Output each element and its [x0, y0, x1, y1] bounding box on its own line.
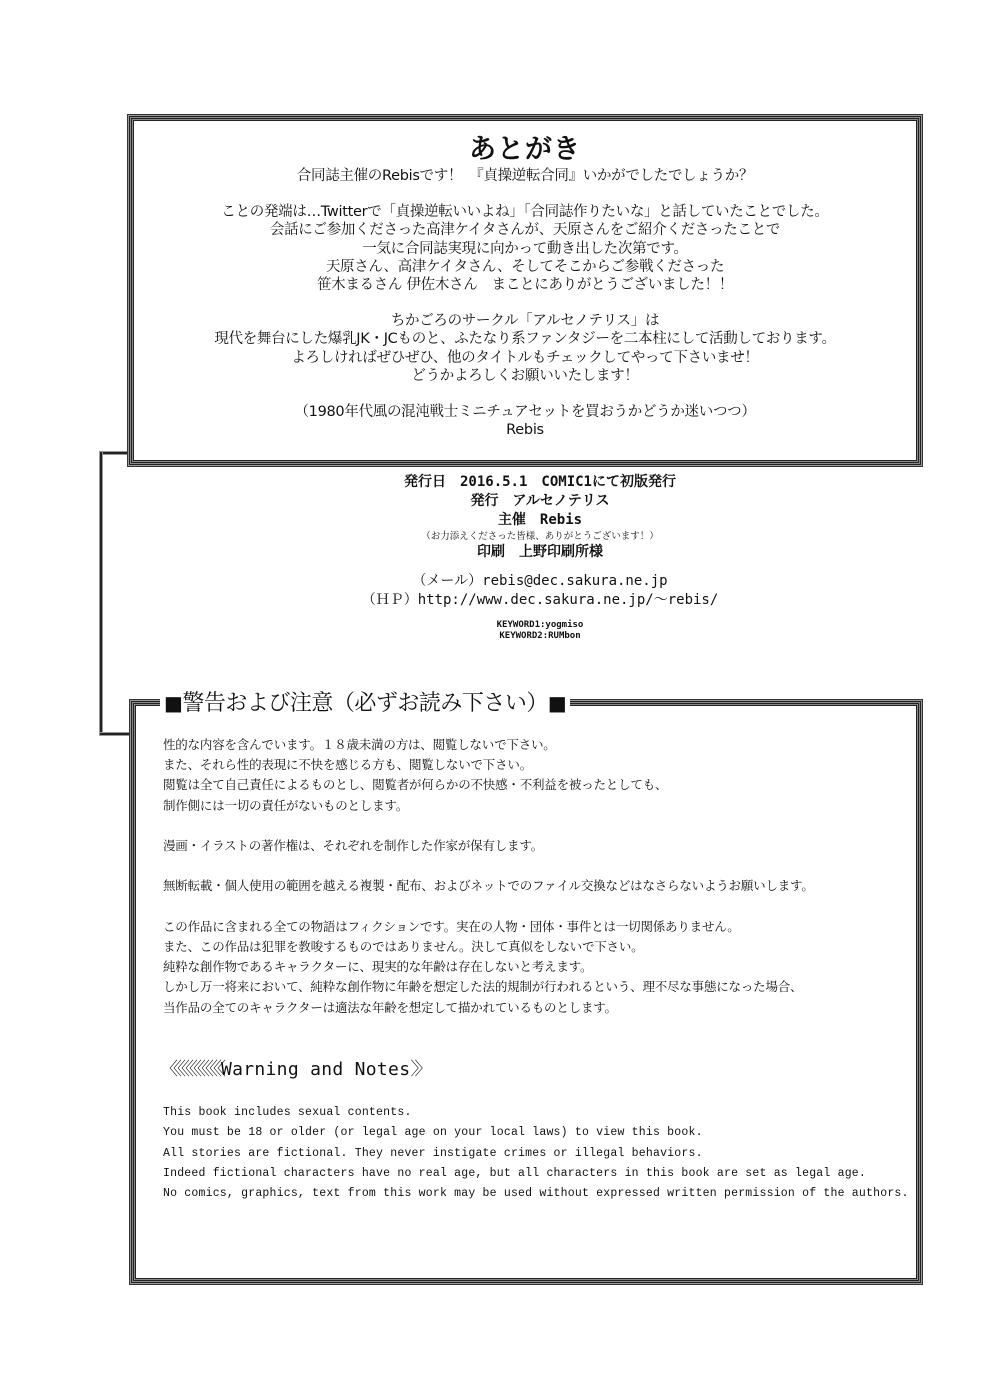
warning-line: 漫画・イラストの著作権は、それぞれを制作した作家が保有します。	[163, 836, 903, 856]
afterword-title: あとがき	[132, 127, 918, 166]
afterword-line: 一気に合同誌実現に向かって動き出した次第です。	[132, 240, 918, 258]
homepage-url: （ＨＰ）http://www.dec.sakura.ne.jp/～rebis/	[330, 591, 750, 610]
organizer: 主催 Rebis	[330, 511, 750, 530]
english-notes: This book includes sexual contents. You …	[163, 1103, 909, 1204]
warning-line: また、それら性的表現に不快を感じる方も、閲覧しないで下さい。	[163, 755, 903, 775]
warning-body: 性的な内容を含んでいます。１８歳未満の方は、閲覧しないで下さい。 また、それら性…	[163, 735, 903, 1018]
warning-heading: ■警告および注意（必ずお読み下さい）■	[160, 686, 570, 717]
keyword-1: KEYWORD1:yogmiso	[330, 620, 750, 631]
afterword-line: どうかよろしくお願いいたします！	[132, 367, 918, 385]
warning-heading-text: 警告および注意（必ずお読み下さい）	[182, 691, 548, 716]
warning-line: この作品に含まれる全ての物語はフィクションです。実在の人物・団体・事件とは一切関…	[163, 917, 903, 937]
afterword-line: 天原さん、高津ケイタさん、そしてそこからご参戦くださった	[132, 258, 918, 276]
afterword-line: 合同誌主催のRebisです！ 『貞操逆転合同』いかがでしたでしょうか？	[132, 167, 918, 185]
afterword-line: （1980年代風の混沌戦士ミニチュアセットを買おうかどうか迷いつつ）	[132, 403, 918, 421]
warning-line: 制作側には一切の責任がないものとします。	[163, 796, 903, 816]
afterword-signature: Rebis	[132, 421, 918, 439]
english-heading-text: Warning and Notes	[221, 1059, 410, 1080]
warning-line: 閲覧は全て自己責任によるものとし、閲覧者が何らかの不快感・不利益を被ったとしても…	[163, 775, 903, 795]
square-bullet-icon: ■	[164, 691, 182, 715]
english-note-line: All stories are fictional. They never in…	[163, 1144, 909, 1164]
afterword-line: ちかごろのサークル「アルセノテリス」は	[132, 312, 918, 330]
chevron-right-icon: 〉〉	[410, 1059, 427, 1080]
warning-line: 性的な内容を含んでいます。１８歳未満の方は、閲覧しないで下さい。	[163, 735, 903, 755]
afterword-line: ことの発端は…Twitterで「貞操逆転いいよね」「合同誌作りたいな」と話してい…	[132, 203, 918, 221]
warning-line: 無断転載・個人使用の範囲を越える複製・配布、およびネットでのファイル交換などはな…	[163, 876, 903, 896]
afterword-line: 会話にご参加くださった高津ケイタさんが、天原さんをご紹介くださったことで	[132, 221, 918, 239]
email: （メール）rebis@dec.sakura.ne.jp	[330, 572, 750, 591]
chevron-left-icon: 〈〈〈〈〈〈〈〈〈〈〈〈〈	[160, 1059, 221, 1080]
afterword-line: よろしければぜひぜひ、他のタイトルもチェックしてやって下さいませ！	[132, 349, 918, 367]
frame-connector	[100, 452, 130, 454]
warning-line: 当作品の全てのキャラクターは適法な年齢を想定して描かれているものとします。	[163, 998, 903, 1018]
colophon: 発行日 2016.5.1 COMIC1にて初版発行 発行 アルセノテリス 主催 …	[330, 473, 750, 642]
thanks-note: （お力添えくださった皆様、ありがとうございます！）	[330, 530, 750, 543]
square-bullet-icon: ■	[548, 691, 566, 715]
english-note-line: This book includes sexual contents.	[163, 1103, 909, 1123]
publisher: 発行 アルセノテリス	[330, 492, 750, 511]
warning-line: また、この作品は犯罪を教唆するものではありません。決して真似をしないで下さい。	[163, 937, 903, 957]
frame-connector	[100, 452, 102, 735]
frame-connector	[100, 733, 132, 735]
english-heading: 〈〈〈〈〈〈〈〈〈〈〈〈〈Warning and Notes〉〉	[160, 1055, 427, 1081]
keyword-2: KEYWORD2:RUMbon	[330, 631, 750, 642]
afterword-box: あとがき 合同誌主催のRebisです！ 『貞操逆転合同』いかがでしたでしょうか？…	[131, 118, 919, 463]
afterword-body: 合同誌主催のRebisです！ 『貞操逆転合同』いかがでしたでしょうか？ ことの発…	[132, 167, 918, 439]
afterword-line: 笹木まるさん 伊佐木さん まことにありがとうございました！！	[132, 276, 918, 294]
warning-line: しかし万一将来において、純粋な創作物に年齢を想定した法的規制が行われるという、理…	[163, 977, 903, 997]
afterword-line: 現代を舞台にした爆乳JK・JCものと、ふたなり系ファンタジーを二本柱にして活動し…	[132, 330, 918, 348]
issue-date: 発行日 2016.5.1 COMIC1にて初版発行	[330, 473, 750, 492]
printer: 印刷 上野印刷所様	[330, 543, 750, 562]
english-note-line: Indeed fictional characters have no real…	[163, 1164, 909, 1184]
english-note-line: You must be 18 or older (or legal age on…	[163, 1123, 909, 1143]
warning-line: 純粋な創作物であるキャラクターに、現実的な年齢は存在しないと考えます。	[163, 957, 903, 977]
english-note-line: No comics, graphics, text from this work…	[163, 1184, 909, 1204]
